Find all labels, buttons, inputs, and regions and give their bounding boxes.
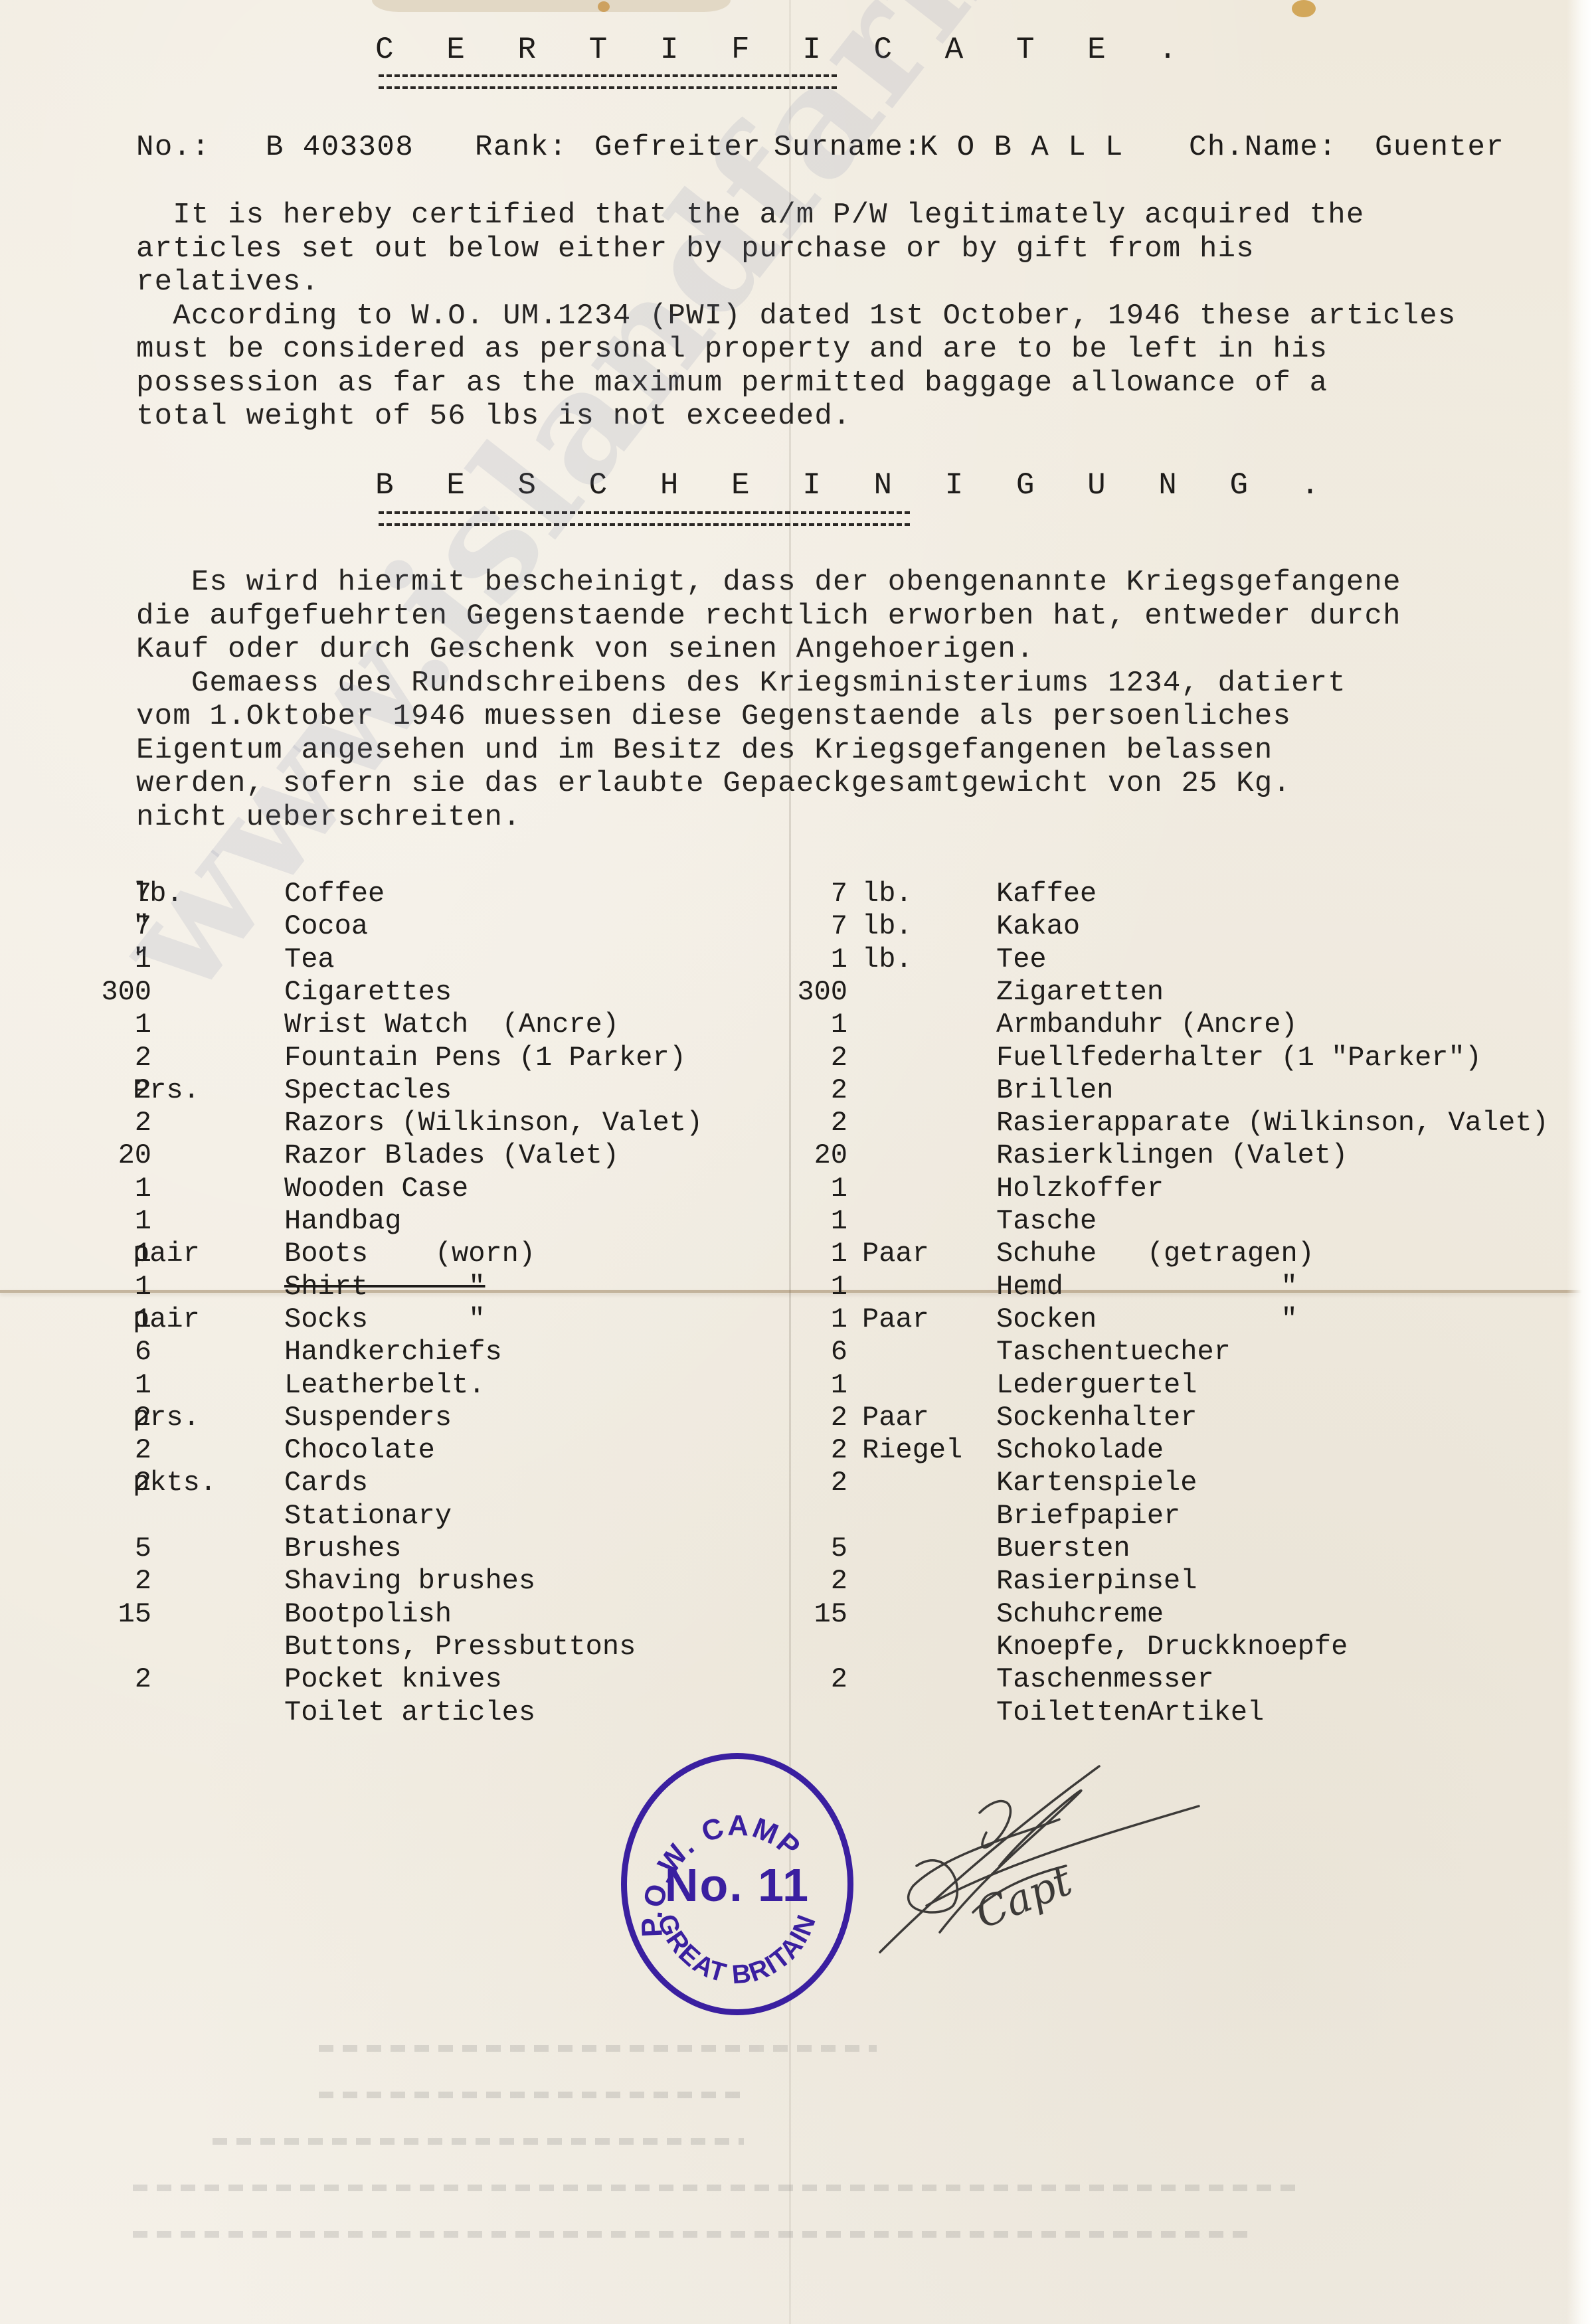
list-item: 1Leatherbelt.1Lederguertel <box>0 1371 1592 1403</box>
quantity-de: 2 <box>831 1044 847 1072</box>
unit-en: pair <box>133 1240 200 1268</box>
quantity-en: 1 <box>135 1011 151 1038</box>
item-name-en: Suspenders <box>284 1404 452 1432</box>
stamp-bottom-text: GREAT BRITAIN <box>652 1910 822 1990</box>
list-item: 2Shaving brushes2Rasierpinsel <box>0 1567 1592 1599</box>
quantity-de: 1 <box>831 1305 847 1333</box>
german-paragraph-line: Es wird hiermit bescheinigt, dass der ob… <box>136 568 1401 597</box>
list-item: 2Chocolate2RiegelSchokolade <box>0 1436 1592 1468</box>
svg-text:GREAT BRITAIN: GREAT BRITAIN <box>652 1910 822 1990</box>
rust-stain <box>598 1 610 12</box>
english-paragraph-line: must be considered as personal property … <box>136 335 1328 364</box>
item-name-en: Tea <box>284 946 335 973</box>
quantity-de: 1 <box>831 946 847 973</box>
item-name-de: Sockenhalter <box>996 1404 1197 1432</box>
item-name-en: Wooden Case <box>284 1175 468 1203</box>
unit-en: prs. <box>133 1404 200 1432</box>
surname-value: K O B A L L <box>920 133 1124 162</box>
item-name-en: Cocoa <box>284 912 368 940</box>
quantity-en: 1 <box>135 1175 151 1203</box>
list-item: 20Razor Blades (Valet)20Rasierklingen (V… <box>0 1141 1592 1173</box>
list-item: 1pairSocks "1PaarSocken " <box>0 1305 1592 1337</box>
english-paragraph-line: relatives. <box>136 268 319 297</box>
quantity-en: 300 <box>101 978 151 1006</box>
signature: Capt <box>867 1753 1212 1959</box>
list-item: 300Cigarettes300Zigaretten <box>0 978 1592 1010</box>
list-item: 2pkts.Cards2Kartenspiele <box>0 1469 1592 1501</box>
list-item: 2Prs.Spectacles2Brillen <box>0 1076 1592 1108</box>
signature-rank: Capt <box>968 1856 1079 1938</box>
list-item: StationaryBriefpapier <box>0 1502 1592 1534</box>
item-name-en: Buttons, Pressbuttons <box>284 1633 636 1661</box>
quantity-de: 2 <box>831 1567 847 1595</box>
unit-en: Prs. <box>133 1076 200 1104</box>
list-item: 1Wooden Case1Holzkoffer <box>0 1175 1592 1206</box>
unit-de: lb. <box>862 912 913 940</box>
quantity-en: 2 <box>135 1436 151 1464</box>
item-name-en: Handbag <box>284 1207 401 1235</box>
quantity-de: 20 <box>814 1141 847 1169</box>
german-paragraph-line: Kauf oder durch Geschenk von seinen Ange… <box>136 635 1035 664</box>
list-item: 1"Tea1lb.Tee <box>0 946 1592 977</box>
item-name-de: Fuellfederhalter (1 "Parker") <box>996 1044 1482 1072</box>
item-name-en: Shaving brushes <box>284 1567 535 1595</box>
rank-label: Rank: <box>475 133 568 162</box>
item-name-de: Zigaretten <box>996 978 1164 1006</box>
quantity-de: 2 <box>831 1665 847 1693</box>
chname-value: Guenter <box>1375 133 1504 162</box>
no-value: B 403308 <box>266 133 414 162</box>
quantity-de: 1 <box>831 1273 847 1301</box>
item-name-en: Chocolate <box>284 1436 435 1464</box>
list-item: 6Handkerchiefs6Taschentuecher <box>0 1338 1592 1370</box>
list-item: 1Wrist Watch (Ancre)1Armbanduhr (Ancre) <box>0 1011 1592 1042</box>
german-paragraph-line: werden, sofern sie das erlaubte Gepaeckg… <box>136 769 1291 798</box>
item-name-de: Rasierklingen (Valet) <box>996 1141 1348 1169</box>
list-item: 2Pocket knives2Taschenmesser <box>0 1665 1592 1697</box>
item-name-de: Buersten <box>996 1535 1130 1562</box>
item-name-en: Spectacles <box>284 1076 452 1104</box>
list-item: 2prs.Suspenders2PaarSockenhalter <box>0 1404 1592 1436</box>
english-paragraph-line: articles set out below either by purchas… <box>136 234 1255 264</box>
german-paragraph-line: vom 1.Oktober 1946 muessen diese Gegenst… <box>136 702 1291 731</box>
quantity-de: 7 <box>831 912 847 940</box>
chname-label: Ch.Name: <box>1189 133 1337 162</box>
item-name-en: Wrist Watch (Ancre) <box>284 1011 619 1038</box>
list-item: 1Handbag1Tasche <box>0 1207 1592 1239</box>
item-name-en: Stationary <box>284 1502 452 1530</box>
quantity-de: 1 <box>831 1240 847 1268</box>
quantity-en: 1 <box>135 1273 151 1301</box>
german-title: B E S C H E I N I G U N G . <box>375 470 1336 501</box>
item-name-en: Pocket knives <box>284 1665 502 1693</box>
unit-en: " <box>133 946 149 973</box>
no-label: No.: <box>136 133 211 162</box>
quantity-en: 2 <box>135 1665 151 1693</box>
quantity-de: 1 <box>831 1011 847 1038</box>
list-item: Toilet articlesToilettenArtikel <box>0 1699 1592 1730</box>
unit-de: Riegel <box>862 1436 962 1464</box>
quantity-de: 15 <box>814 1600 847 1628</box>
quantity-en: 15 <box>118 1600 151 1628</box>
unit-de: Paar <box>862 1305 929 1333</box>
stamp-center-text: No. 11 <box>627 1859 847 1912</box>
unit-de: Paar <box>862 1404 929 1432</box>
quantity-de: 1 <box>831 1371 847 1399</box>
item-name-de: Holzkoffer <box>996 1175 1164 1203</box>
item-name-de: Lederguertel <box>996 1371 1197 1399</box>
english-paragraph-line: It is hereby certified that the a/m P/W … <box>136 201 1365 230</box>
item-name-de: Taschentuecher <box>996 1338 1231 1366</box>
item-name-en: Cigarettes <box>284 978 452 1006</box>
item-name-de: Armbanduhr (Ancre) <box>996 1011 1298 1038</box>
unit-en: pkts. <box>133 1469 217 1497</box>
quantity-de: 2 <box>831 1404 847 1432</box>
quantity-en: 2 <box>135 1044 151 1072</box>
quantity-en: 2 <box>135 1567 151 1595</box>
item-name-de: Tee <box>996 946 1047 973</box>
quantity-en: 20 <box>118 1141 151 1169</box>
german-paragraph-line: nicht ueberschreiten. <box>136 803 521 832</box>
unit-en: lb. <box>133 880 183 908</box>
quantity-de: 300 <box>797 978 847 1006</box>
quantity-de: 6 <box>831 1338 847 1366</box>
certificate-title: C E R T I F I C A T E . <box>375 35 1194 65</box>
item-name-en: Fountain Pens (1 Parker) <box>284 1044 686 1072</box>
quantity-en: 1 <box>135 1371 151 1399</box>
german-paragraph-line: Gemaess des Rundschreibens des Kriegsmin… <box>136 669 1346 698</box>
unit-en: " <box>133 912 149 940</box>
item-name-de: Schuhe (getragen) <box>996 1240 1314 1268</box>
item-name-en: Razor Blades (Valet) <box>284 1141 619 1169</box>
list-item: 1Shirt "1Hemd " <box>0 1273 1592 1305</box>
quantity-de: 2 <box>831 1076 847 1104</box>
rust-stain <box>1292 0 1316 17</box>
unit-en: pair <box>133 1305 200 1333</box>
german-title-underline <box>379 511 910 526</box>
item-name-de: Schuhcreme <box>996 1600 1164 1628</box>
quantity-en: 1 <box>135 1207 151 1235</box>
list-item: 2Fountain Pens (1 Parker)2Fuellfederhalt… <box>0 1044 1592 1076</box>
item-name-en: Cards <box>284 1469 368 1497</box>
list-item: 7lb.Coffee7lb.Kaffee <box>0 880 1592 912</box>
quantity-de: 1 <box>831 1175 847 1203</box>
item-name-en: Shirt " <box>284 1273 485 1301</box>
quantity-de: 2 <box>831 1109 847 1137</box>
item-name-de: Knoepfe, Druckknoepfe <box>996 1633 1348 1661</box>
title-underline <box>379 74 837 89</box>
surname-label: Surname: <box>774 133 922 162</box>
item-name-de: Briefpapier <box>996 1502 1180 1530</box>
rank-value: Gefreiter <box>594 133 761 162</box>
item-name-de: Kaffee <box>996 880 1097 908</box>
item-name-de: Kartenspiele <box>996 1469 1197 1497</box>
item-name-de: ToilettenArtikel <box>996 1699 1264 1726</box>
item-name-de: Taschenmesser <box>996 1665 1214 1693</box>
torn-edge <box>372 0 731 12</box>
quantity-de: 5 <box>831 1535 847 1562</box>
list-item: 5Brushes5Buersten <box>0 1535 1592 1566</box>
quantity-en: 5 <box>135 1535 151 1562</box>
english-paragraph-line: possession as far as the maximum permitt… <box>136 369 1328 398</box>
unit-de: lb. <box>862 946 913 973</box>
item-name-de: Hemd " <box>996 1273 1298 1301</box>
quantity-de: 2 <box>831 1436 847 1464</box>
item-name-en: Boots (worn) <box>284 1240 535 1268</box>
quantity-de: 2 <box>831 1469 847 1497</box>
item-name-en: Leatherbelt. <box>284 1371 485 1399</box>
unit-de: lb. <box>862 880 913 908</box>
item-name-en: Bootpolish <box>284 1600 452 1628</box>
item-name-de: Schokolade <box>996 1436 1164 1464</box>
quantity-en: 2 <box>135 1109 151 1137</box>
list-item: Buttons, PressbuttonsKnoepfe, Druckknoep… <box>0 1633 1592 1665</box>
item-name-en: Handkerchiefs <box>284 1338 502 1366</box>
bleed-through-text <box>133 2045 1461 2297</box>
item-name-en: Socks " <box>284 1305 485 1333</box>
item-name-de: Socken " <box>996 1305 1298 1333</box>
item-name-en: Coffee <box>284 880 385 908</box>
list-item: 1pairBoots (worn)1PaarSchuhe (getragen) <box>0 1240 1592 1272</box>
item-name-de: Tasche <box>996 1207 1097 1235</box>
unit-de: Paar <box>862 1240 929 1268</box>
item-name-de: Rasierpinsel <box>996 1567 1197 1595</box>
german-paragraph-line: Eigentum angesehen und im Besitz des Kri… <box>136 736 1273 765</box>
quantity-en: 6 <box>135 1338 151 1366</box>
list-item: 2Razors (Wilkinson, Valet)2Rasierapparat… <box>0 1109 1592 1141</box>
english-paragraph-line: According to W.O. UM.1234 (PWI) dated 1s… <box>136 301 1457 331</box>
item-name-en: Brushes <box>284 1535 401 1562</box>
item-name-en: Razors (Wilkinson, Valet) <box>284 1109 703 1137</box>
list-item: 15Bootpolish15Schuhcreme <box>0 1600 1592 1632</box>
quantity-de: 1 <box>831 1207 847 1235</box>
german-paragraph-line: die aufgefuehrten Gegenstaende rechtlich… <box>136 602 1401 631</box>
quantity-de: 7 <box>831 880 847 908</box>
item-name-en: Toilet articles <box>284 1699 535 1726</box>
item-name-de: Brillen <box>996 1076 1113 1104</box>
item-name-de: Kakao <box>996 912 1080 940</box>
item-name-de: Rasierapparate (Wilkinson, Valet) <box>996 1109 1549 1137</box>
pow-camp-stamp: P.O.W. CAMP GREAT BRITAIN No. 11 <box>621 1753 853 2015</box>
list-item: 7"Cocoa7lb.Kakao <box>0 912 1592 944</box>
english-paragraph-line: total weight of 56 lbs is not exceeded. <box>136 402 851 431</box>
